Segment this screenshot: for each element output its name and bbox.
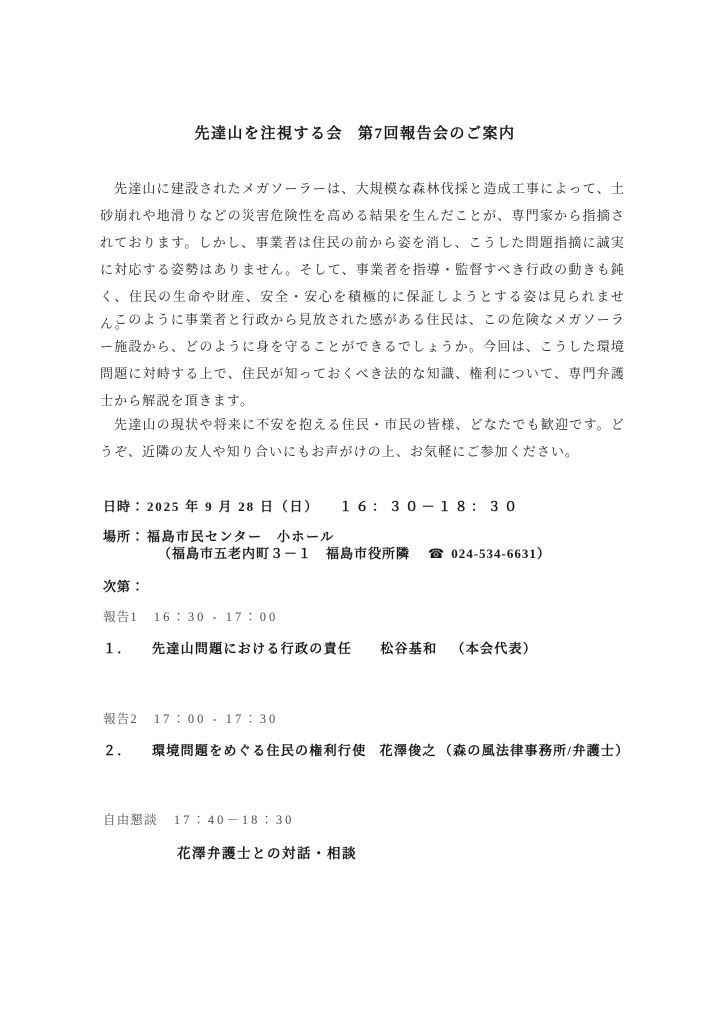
session-3-time-row: 自由懇談17：40－18：30: [103, 810, 294, 828]
session-3-time: 17：40－18：30: [174, 813, 295, 827]
venue-address: （福島市五老内町３－１ 福島市役所隣: [158, 546, 410, 561]
session-2-time: 17：00 - 17：30: [154, 712, 278, 726]
document-page: 先達山を注視する会第7回報告会のご案内 先達山に建設されたメガソーラーは、大規模…: [0, 0, 724, 1024]
venue-phone-number: 024-534-6631）: [451, 546, 551, 561]
entry-2-title: 環境問題をめぐる住民の権利行使: [152, 740, 367, 759]
body-paragraph-2: このように事業者と行政から見放された感がある住民は、この危険なメガソーラー施設か…: [100, 306, 625, 414]
session-2-name: 報告2: [103, 712, 138, 726]
datetime-label: 日時：: [103, 496, 147, 515]
body-paragraph-3: 先達山の現状や将来に不安を抱える住民・市民の皆様、どなたでも歓迎です。どうぞ、近…: [100, 411, 625, 465]
agenda-entry-1: １． 先達山問題における行政の責任 松谷基和 （本会代表）: [103, 638, 537, 657]
event-time: １６：３０－１８：３０: [339, 496, 521, 515]
venue-address-row: （福島市五老内町３－１ 福島市役所隣☎024-534-6631）: [158, 543, 551, 562]
datetime-row: 日時： 2025 年 9 月 28 日（日） １６：３０－１８：３０: [103, 496, 521, 515]
event-date: 2025 年 9 月 28 日（日）: [147, 496, 319, 515]
session-2-time-row: 報告217：00 - 17：30: [103, 709, 278, 727]
page-title: 先達山を注視する会第7回報告会のご案内: [0, 122, 710, 143]
entry-1-affiliation: （本会代表）: [451, 638, 537, 657]
title-group-name: 先達山を注視する会: [194, 126, 343, 142]
session-1-time-row: 報告116：30 - 17：00: [103, 607, 278, 625]
session-1-name: 報告1: [103, 610, 138, 624]
entry-1-speaker: 松谷基和: [380, 638, 437, 657]
entry-1-title: 先達山問題における行政の責任: [152, 638, 352, 657]
entry-1-number: １．: [103, 638, 152, 657]
agenda-entry-3: 花澤弁護士との対話・相談: [177, 842, 357, 862]
title-event-name: 第7回報告会のご案内: [358, 126, 516, 142]
entry-2-speaker: 花澤俊之: [380, 740, 437, 759]
entry-2-number: ２．: [103, 740, 152, 759]
session-3-name: 自由懇談: [103, 813, 158, 827]
session-1-time: 16：30 - 17：00: [154, 610, 278, 624]
entry-2-affiliation: （森の風法律事務所/弁護士）: [439, 740, 630, 759]
agenda-row: 次第：: [103, 576, 147, 595]
agenda-entry-2: ２． 環境問題をめぐる住民の権利行使 花澤俊之 （森の風法律事務所/弁護士）: [103, 740, 630, 759]
phone-icon: ☎: [428, 546, 445, 561]
place-label: 場所：: [103, 526, 147, 545]
agenda-label: 次第：: [103, 576, 147, 595]
